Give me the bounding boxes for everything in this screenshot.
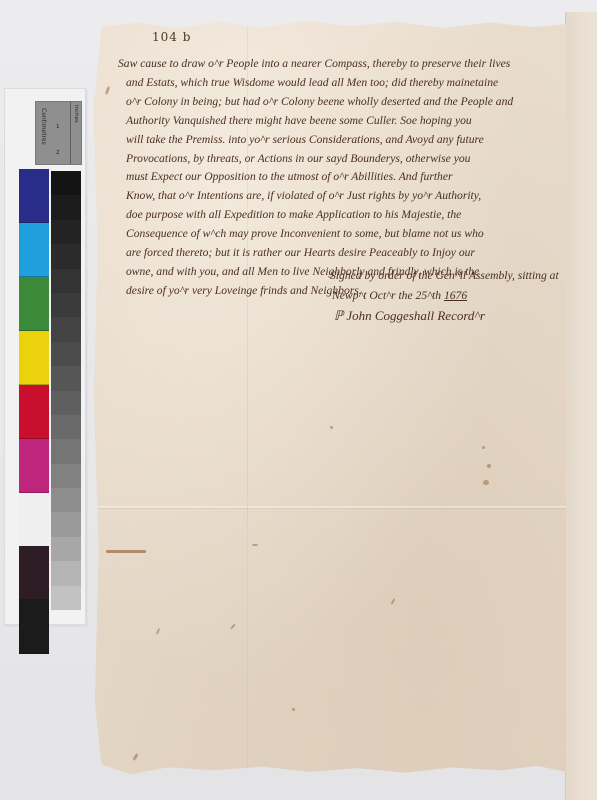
letter-body: Saw cause to draw o^r People into a near…	[118, 55, 568, 301]
foxing-spot	[292, 708, 295, 711]
color-patch-magenta	[19, 439, 49, 493]
gray-step	[51, 537, 81, 561]
color-patch-cyan	[19, 223, 49, 277]
gray-step	[51, 171, 81, 195]
gray-step	[51, 439, 81, 463]
folded-page-edge	[565, 12, 597, 800]
gray-step	[51, 391, 81, 415]
foxing-spot	[390, 598, 395, 605]
gray-step	[51, 561, 81, 585]
color-patch-green	[19, 277, 49, 331]
letter-line: must Expect our Opposition to the utmost…	[118, 168, 568, 187]
ruler-tick: 1	[56, 124, 60, 130]
letter-line: o^r Colony in being; but had o^r Colony …	[118, 93, 568, 112]
inch-scale: Inches	[70, 102, 81, 164]
gray-step	[51, 317, 81, 341]
ruler-tick: 2	[56, 150, 60, 156]
foxing-spot	[330, 426, 333, 429]
folio-number: 104 b	[152, 30, 191, 44]
gray-step	[51, 586, 81, 610]
letter-line: doe purpose with all Expedition to make …	[118, 206, 568, 225]
signature-date-text: Newp^t Oct^r the 25^th	[332, 289, 444, 302]
gray-step	[51, 220, 81, 244]
color-patch-3-color-black	[19, 546, 49, 600]
scale-ruler: Centimetres Inches 1 2	[35, 101, 82, 165]
gray-step	[51, 293, 81, 317]
gray-step	[51, 464, 81, 488]
color-patch-black	[19, 600, 49, 654]
foxing-spot	[487, 464, 491, 468]
foxing-spot	[132, 753, 139, 761]
signature-block: Signed by order of the Gen^ll Assembly, …	[330, 266, 559, 326]
gray-step	[51, 366, 81, 390]
color-patch-yellow	[19, 331, 49, 385]
centimetres-label: Centimetres	[40, 108, 47, 145]
color-patch-red	[19, 385, 49, 439]
horizontal-fold-crease	[92, 506, 566, 508]
gray-step	[51, 415, 81, 439]
foxing-spot	[483, 480, 489, 485]
letter-line: Consequence of w^ch may prove Inconvenie…	[118, 225, 568, 244]
gray-step	[51, 195, 81, 219]
gray-step	[51, 269, 81, 293]
letter-line: Provocations, by threats, or Actions in …	[118, 150, 568, 169]
signature-date: Newp^t Oct^r the 25^th 1676	[330, 286, 559, 306]
foxing-spot	[252, 544, 258, 546]
color-calibration-card: Centimetres Inches 1 2	[4, 88, 86, 625]
letter-line: Know, that o^r Intentions are, if violat…	[118, 187, 568, 206]
gray-step	[51, 342, 81, 366]
color-patch-blue	[19, 169, 49, 223]
signature-attribution: Signed by order of the Gen^ll Assembly, …	[330, 266, 559, 286]
signature-name: ℙ John Coggeshall Record^r	[330, 306, 559, 326]
gray-step	[51, 488, 81, 512]
inches-label: Inches	[73, 105, 79, 123]
color-patch-white	[19, 493, 49, 546]
letter-line: and Estats, which true Wisdome would lea…	[118, 74, 568, 93]
color-patches	[19, 169, 49, 654]
foxing-spot	[156, 628, 161, 635]
gray-step	[51, 244, 81, 268]
signature-year: 1676	[444, 289, 467, 302]
letter-line: will take the Premiss. into yo^r serious…	[118, 131, 568, 150]
letter-line: Authority Vanquished there might have be…	[118, 112, 568, 131]
gray-step	[51, 512, 81, 536]
foxing-spot	[230, 623, 236, 630]
letter-line: Saw cause to draw o^r People into a near…	[118, 55, 568, 74]
ink-blot	[105, 86, 111, 95]
foxing-spot	[482, 446, 485, 449]
letter-line: are forced thereto; but it is rather our…	[118, 244, 568, 263]
gray-scale-strip	[51, 171, 81, 611]
ink-stroke-mark	[106, 550, 146, 553]
